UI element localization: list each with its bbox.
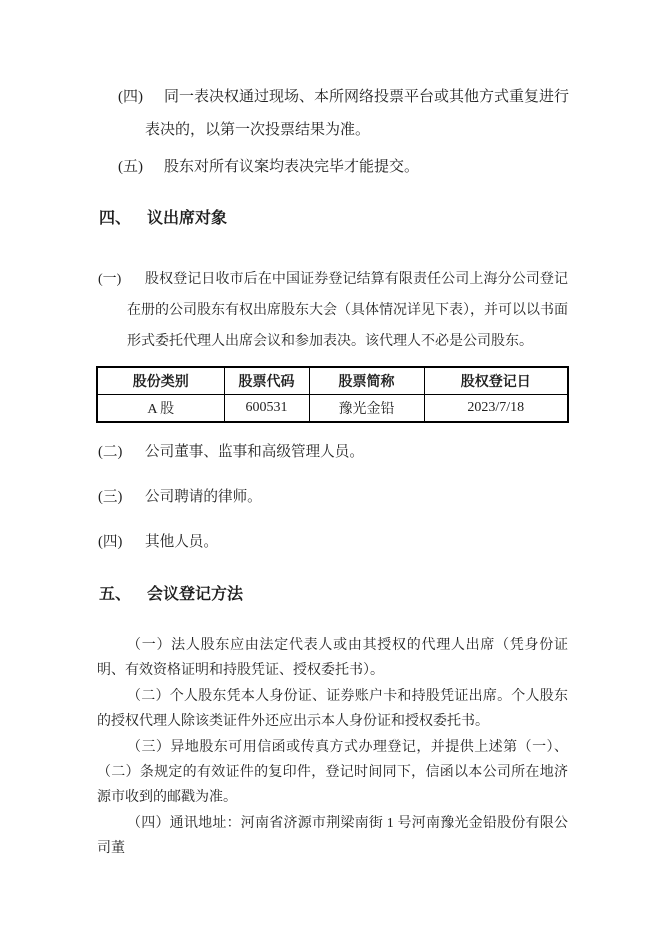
section-heading-attendees: 四、议出席对象 — [99, 208, 227, 230]
list-item-text: 公司董事、监事和高级管理人员。 — [145, 444, 364, 460]
document-page: (四) 同一表决权通过现场、本所网络投票平台或其他方式重复进行表决的，以第一次投… — [0, 0, 662, 936]
table-cell-share-class: A 股 — [97, 395, 224, 423]
section-number: 五、 — [99, 584, 147, 606]
paragraph-individual: （二）个人股东凭本人身份证、证券账户卡和持股凭证出席。个人股东的授权代理人除该类… — [97, 684, 568, 735]
list-item-label: (四) — [98, 532, 145, 552]
paragraph-remote: （三）异地股东可用信函或传真方式办理登记，并提供上述第（一）、（二）条规定的有效… — [97, 735, 568, 811]
list-item-text: 股权登记日收市后在中国证券登记结算有限责任公司上海分公司登记在册的公司股东有权出… — [127, 264, 568, 357]
stock-info-table: 股份类别 股票代码 股票简称 股权登记日 A 股 600531 豫光金铅 202… — [96, 366, 569, 423]
list-item-label: (四) — [118, 81, 143, 114]
table-header-cell: 股票简称 — [309, 367, 424, 395]
list-item-label: (一) — [98, 264, 121, 295]
list-item: (五)股东对所有议案均表决完毕才能提交。 — [118, 151, 419, 184]
list-item: (三)公司聘请的律师。 — [98, 487, 262, 507]
list-item-text: 公司聘请的律师。 — [145, 489, 262, 505]
list-item-label: (三) — [98, 487, 145, 507]
table-header-cell: 股份类别 — [97, 367, 224, 395]
table-cell-stock-name: 豫光金铅 — [309, 395, 424, 423]
list-item: (四)其他人员。 — [98, 532, 218, 552]
list-item-text: 股东对所有议案均表决完毕才能提交。 — [164, 159, 419, 175]
table-cell-stock-code: 600531 — [224, 395, 309, 423]
list-item-text: 同一表决权通过现场、本所网络投票平台或其他方式重复进行表决的，以第一次投票结果为… — [145, 81, 569, 147]
list-item: (二)公司董事、监事和高级管理人员。 — [98, 442, 364, 462]
table-header-row: 股份类别 股票代码 股票简称 股权登记日 — [97, 367, 568, 395]
paragraph-legal-person: （一）法人股东应由法定代表人或由其授权的代理人出席（凭身份证明、有效资格证明和持… — [97, 633, 568, 684]
table-header-cell: 股票代码 — [224, 367, 309, 395]
table-row: A 股 600531 豫光金铅 2023/7/18 — [97, 395, 568, 423]
registration-paragraphs: （一）法人股东应由法定代表人或由其授权的代理人出席（凭身份证明、有效资格证明和持… — [97, 633, 568, 862]
list-item-label: (五) — [118, 151, 164, 184]
table-header-cell: 股权登记日 — [424, 367, 568, 395]
table-cell-record-date: 2023/7/18 — [424, 395, 568, 423]
list-item-label: (二) — [98, 442, 145, 462]
section-title: 议出席对象 — [147, 210, 227, 227]
section-title: 会议登记方法 — [147, 586, 243, 603]
section-heading-registration: 五、会议登记方法 — [99, 584, 243, 606]
list-item-text: 其他人员。 — [145, 534, 218, 550]
section-number: 四、 — [99, 208, 147, 230]
paragraph-mailing-address: （四）通讯地址：河南省济源市荆梁南街 1 号河南豫光金铅股份有限公司董 — [97, 811, 568, 862]
